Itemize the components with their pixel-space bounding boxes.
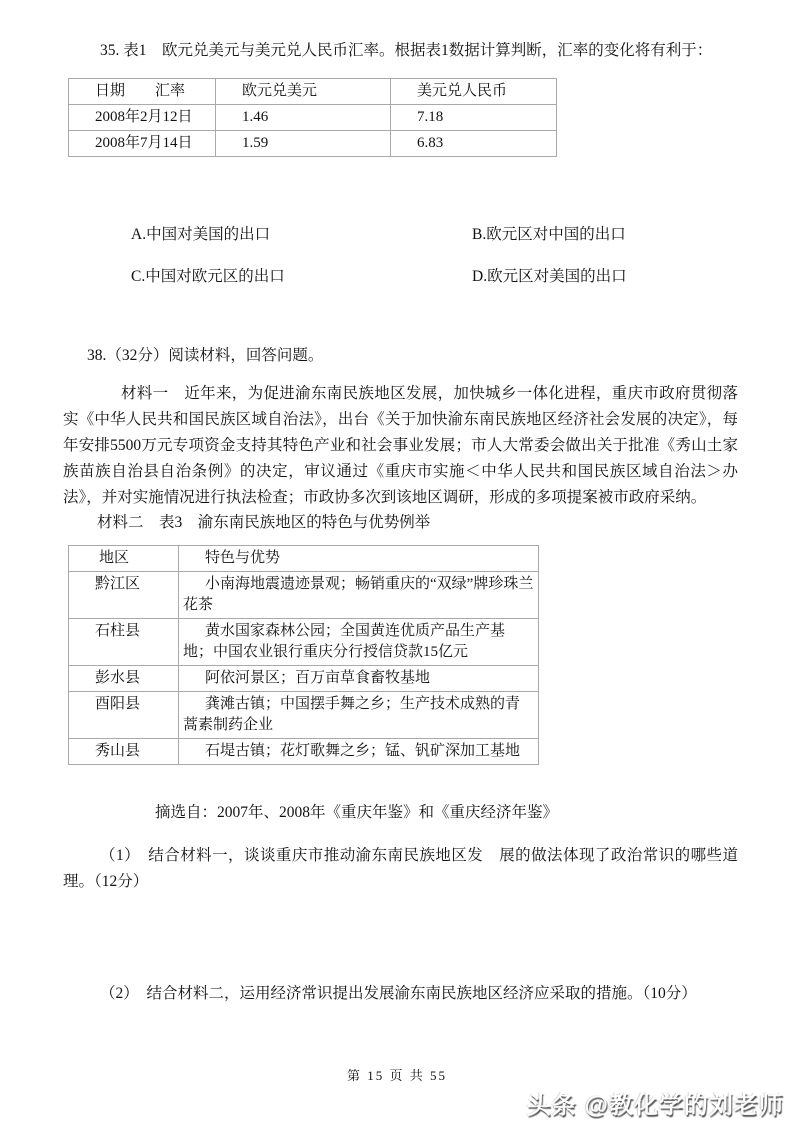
option-a: A.中国对美国的出口 xyxy=(131,222,431,248)
header-usd-cny: 美元兑人民币 xyxy=(391,79,557,105)
sub-question-1: （1） 结合材料一，谈谈重庆市推动渝东南民族地区发 展的做法体现了政治常识的哪些… xyxy=(63,843,738,895)
cell-region: 秀山县 xyxy=(69,739,179,765)
cell-date: 2008年7月14日 xyxy=(69,131,216,157)
cell-date: 2008年2月12日 xyxy=(69,105,216,131)
cell-region: 石柱县 xyxy=(69,619,179,666)
table-row: 秀山县 石堤古镇；花灯歌舞之乡；锰、钒矿深加工基地 xyxy=(69,739,539,765)
table-row: 黔江区 小南海地震遗迹景观；畅销重庆的“双绿”牌珍珠兰花茶 xyxy=(69,572,539,619)
cell-region: 酉阳县 xyxy=(69,692,179,739)
material-2-title: 材料二 表3 渝东南民族地区的特色与优势例举 xyxy=(97,510,697,536)
header-region: 地区 xyxy=(69,546,179,572)
cell-features: 石堤古镇；花灯歌舞之乡；锰、钒矿深加工基地 xyxy=(179,739,539,765)
sub-question-2: （2） 结合材料二，运用经济常识提出发展渝东南民族地区经济应采取的措施。（10分… xyxy=(63,981,738,1007)
header-date-rate: 日期 汇率 xyxy=(69,79,216,105)
table-row: 2008年2月12日 1.46 7.18 xyxy=(69,105,557,131)
cell-usd-cny: 7.18 xyxy=(391,105,557,131)
header-features: 特色与优势 xyxy=(179,546,539,572)
table-row: 彭水县 阿依河景区；百万亩草食畜牧基地 xyxy=(69,666,539,692)
cell-features: 阿依河景区；百万亩草食畜牧基地 xyxy=(179,666,539,692)
cell-eur-usd: 1.59 xyxy=(216,131,391,157)
material-1-paragraph: 材料一 近年来，为促进渝东南民族地区发展，加快城乡一体化进程，重庆市政府贯彻落实… xyxy=(63,381,738,511)
region-feature-table: 地区 特色与优势 黔江区 小南海地震遗迹景观；畅销重庆的“双绿”牌珍珠兰花茶 石… xyxy=(68,545,539,765)
page-number: 第 15 页 共 55 xyxy=(0,1065,794,1084)
cell-features: 龚滩古镇；中国摆手舞之乡；生产技术成熟的青蒿素制药企业 xyxy=(179,692,539,739)
option-d: D.欧元区对美国的出口 xyxy=(472,264,772,290)
option-c: C.中国对欧元区的出口 xyxy=(131,264,431,290)
cell-eur-usd: 1.46 xyxy=(216,105,391,131)
option-b: B.欧元区对中国的出口 xyxy=(472,222,772,248)
source-citation: 摘选自：2007年、2008年《重庆年鉴》和《重庆经济年鉴》 xyxy=(155,800,715,826)
table-row: 酉阳县 龚滩古镇；中国摆手舞之乡；生产技术成熟的青蒿素制药企业 xyxy=(69,692,539,739)
table-header-row: 日期 汇率 欧元兑美元 美元兑人民币 xyxy=(69,79,557,105)
cell-features: 黄水国家森林公园；全国黄连优质产品生产基地；中国农业银行重庆分行授信贷款15亿元 xyxy=(179,619,539,666)
cell-usd-cny: 6.83 xyxy=(391,131,557,157)
question-38-stem: 38.（32分）阅读材料，回答问题。 xyxy=(87,343,727,369)
question-35-stem: 35. 表1 欧元兑美元与美元兑人民币汇率。根据表1数据计算判断，汇率的变化将有… xyxy=(100,38,740,64)
cell-region: 彭水县 xyxy=(69,666,179,692)
table-row: 石柱县 黄水国家森林公园；全国黄连优质产品生产基地；中国农业银行重庆分行授信贷款… xyxy=(69,619,539,666)
header-eur-usd: 欧元兑美元 xyxy=(216,79,391,105)
exchange-rate-table: 日期 汇率 欧元兑美元 美元兑人民币 2008年2月12日 1.46 7.18 … xyxy=(68,78,557,157)
exam-page: { "q35": { "stem": "35. 表1 欧元兑美元与美元兑人民币汇… xyxy=(0,0,794,1123)
table-row: 2008年7月14日 1.59 6.83 xyxy=(69,131,557,157)
watermark-text: 头条 @教化学的刘老师 xyxy=(527,1085,784,1120)
cell-features: 小南海地震遗迹景观；畅销重庆的“双绿”牌珍珠兰花茶 xyxy=(179,572,539,619)
cell-region: 黔江区 xyxy=(69,572,179,619)
table-header-row: 地区 特色与优势 xyxy=(69,546,539,572)
